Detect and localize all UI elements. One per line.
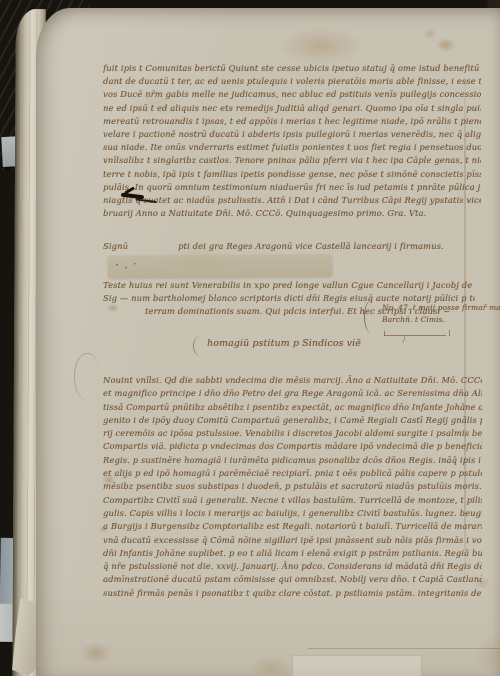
signum-text: pti dei gra Reges Aragonū vice Castellā … [178,240,444,254]
manuscript-text-line: sustinē firmās penās i psonatibz t quibz… [103,587,482,600]
manuscript-text-line: No. 47. t maij posse firmar̄ ma. [382,302,476,314]
manuscript-text-line: Compartibz Civitī suā i generalit. Necne… [103,494,482,507]
homage-paragraph: Nouint vnīlsi. Qd die sabbti vndecima di… [103,374,482,602]
manuscript-text-line: terre t nobis, ipā ipis t familias ipeti… [103,168,481,181]
manuscript-text-line: dant de ducatū t ter, ac ed uenis ptuleq… [103,75,481,88]
manuscript-scan: fuit ipis t Comunitas berictū Quiunt ste… [0,0,500,676]
manuscript-text-line: a Burgijs i Burgensibz Comptorialibz est… [103,520,482,533]
manuscript-text-line: vos Ducē nr̄m gabis melle ne judicamus, … [103,88,481,101]
repair-tape [108,254,332,278]
manuscript-text-line: niagtis q̄ suatet ac niadūs pstulisstis.… [103,194,481,207]
page-seam-line [308,648,500,649]
manuscript-text-line: Regis. p sustinēre homagiā i iurāmēta pi… [103,454,482,467]
manuscript-text-line: Barchn̄. t Cimis. [382,314,476,326]
manuscript-text-line: admīnstrationē ducatū pstam cōmisisse qu… [103,573,482,586]
manuscript-text-line: sua niade. Ite onūs vnderraris estimet f… [103,141,481,154]
manuscript-text-line: et alijs p ed ipō homagiū i parēmēciaē r… [103,467,482,480]
manuscript-text-line: gulis. Capis villis i locis i merarijs a… [103,507,482,520]
signum-word: Signū [103,240,128,254]
section-heading: homagiū pstitum p Sindicos viē [207,337,397,357]
manuscript-text-line: vnīlsalibz t singlaribz castlos. Tenore … [103,154,481,167]
marginal-note: No. 47. t maij posse firmar̄ ma.Barchn̄.… [366,300,476,336]
manuscript-text-line: tissā Compartū pnūtibz absētibz i psenti… [103,401,482,414]
manuscript-text-line: mereatū retrouandis t ipsas, t ed appōis… [103,115,481,128]
manuscript-text-line: dn̄i Infantis Johāne suplibet. p eo t al… [103,547,482,560]
underline-flourish [384,331,446,336]
manuscript-text-line: rij ceremōis ac ipōsa pstulssioe. Venabi… [103,427,482,440]
signum-line: Signū pti dei gra Reges Aragonū vice Cas… [103,240,483,254]
manuscript-text-line: vnā ducatū excessisse q̄ Cōmā nōine sigi… [103,534,482,547]
manuscript-text-line: et magnifico principe i dn̄o dn̄o Petro … [103,387,482,400]
heading-flourish-left [193,335,209,357]
manuscript-text-line: mēsibz psentibz suos substipas i duoden̄… [103,480,482,493]
manuscript-text-line: q̄ nr̄e pstulssionē not die. xxvij. Janu… [103,560,482,573]
manuscript-text-line: ne ed ipsū t ed aliquis nec ets remedijs… [103,102,481,115]
manuscript-text-line: Compartis viā. pidicta p vndecimas dos C… [103,440,482,453]
manuscript-text-line: bruarij Anno a Natiuitate Dn̄i. Mō. CCCō… [103,207,481,220]
underlying-page-patch [292,655,422,676]
manuscript-text-line: Nouint vnīlsi. Qd die sabbti vndecima di… [103,374,482,387]
ink-blot [120,187,150,205]
marginal-note-text: No. 47. t maij posse firmar̄ ma.Barchn̄.… [382,302,476,325]
bracket-flourish [364,300,378,333]
opening-paragraph: fuit ipis t Comunitas berictū Quiunt ste… [103,62,481,222]
manuscript-text-line: velare i pactionē nostrū ducatū i abderi… [103,128,481,141]
section-heading-text: homagiū pstitum p Sindicos viē [207,338,361,349]
manuscript-text-line: Teste huius rei sunt Venerabilis in xpo … [103,279,475,292]
manuscript-text-line: fuit ipis t Comunitas berictū Quiunt ste… [103,62,481,75]
margin-flourish [74,353,99,400]
manuscript-text-line: pulāis. In quorū omnium testimonium niad… [103,181,481,194]
manuscript-text-line: genito i de ipōy duoy Comitū Compartuū g… [103,414,482,427]
